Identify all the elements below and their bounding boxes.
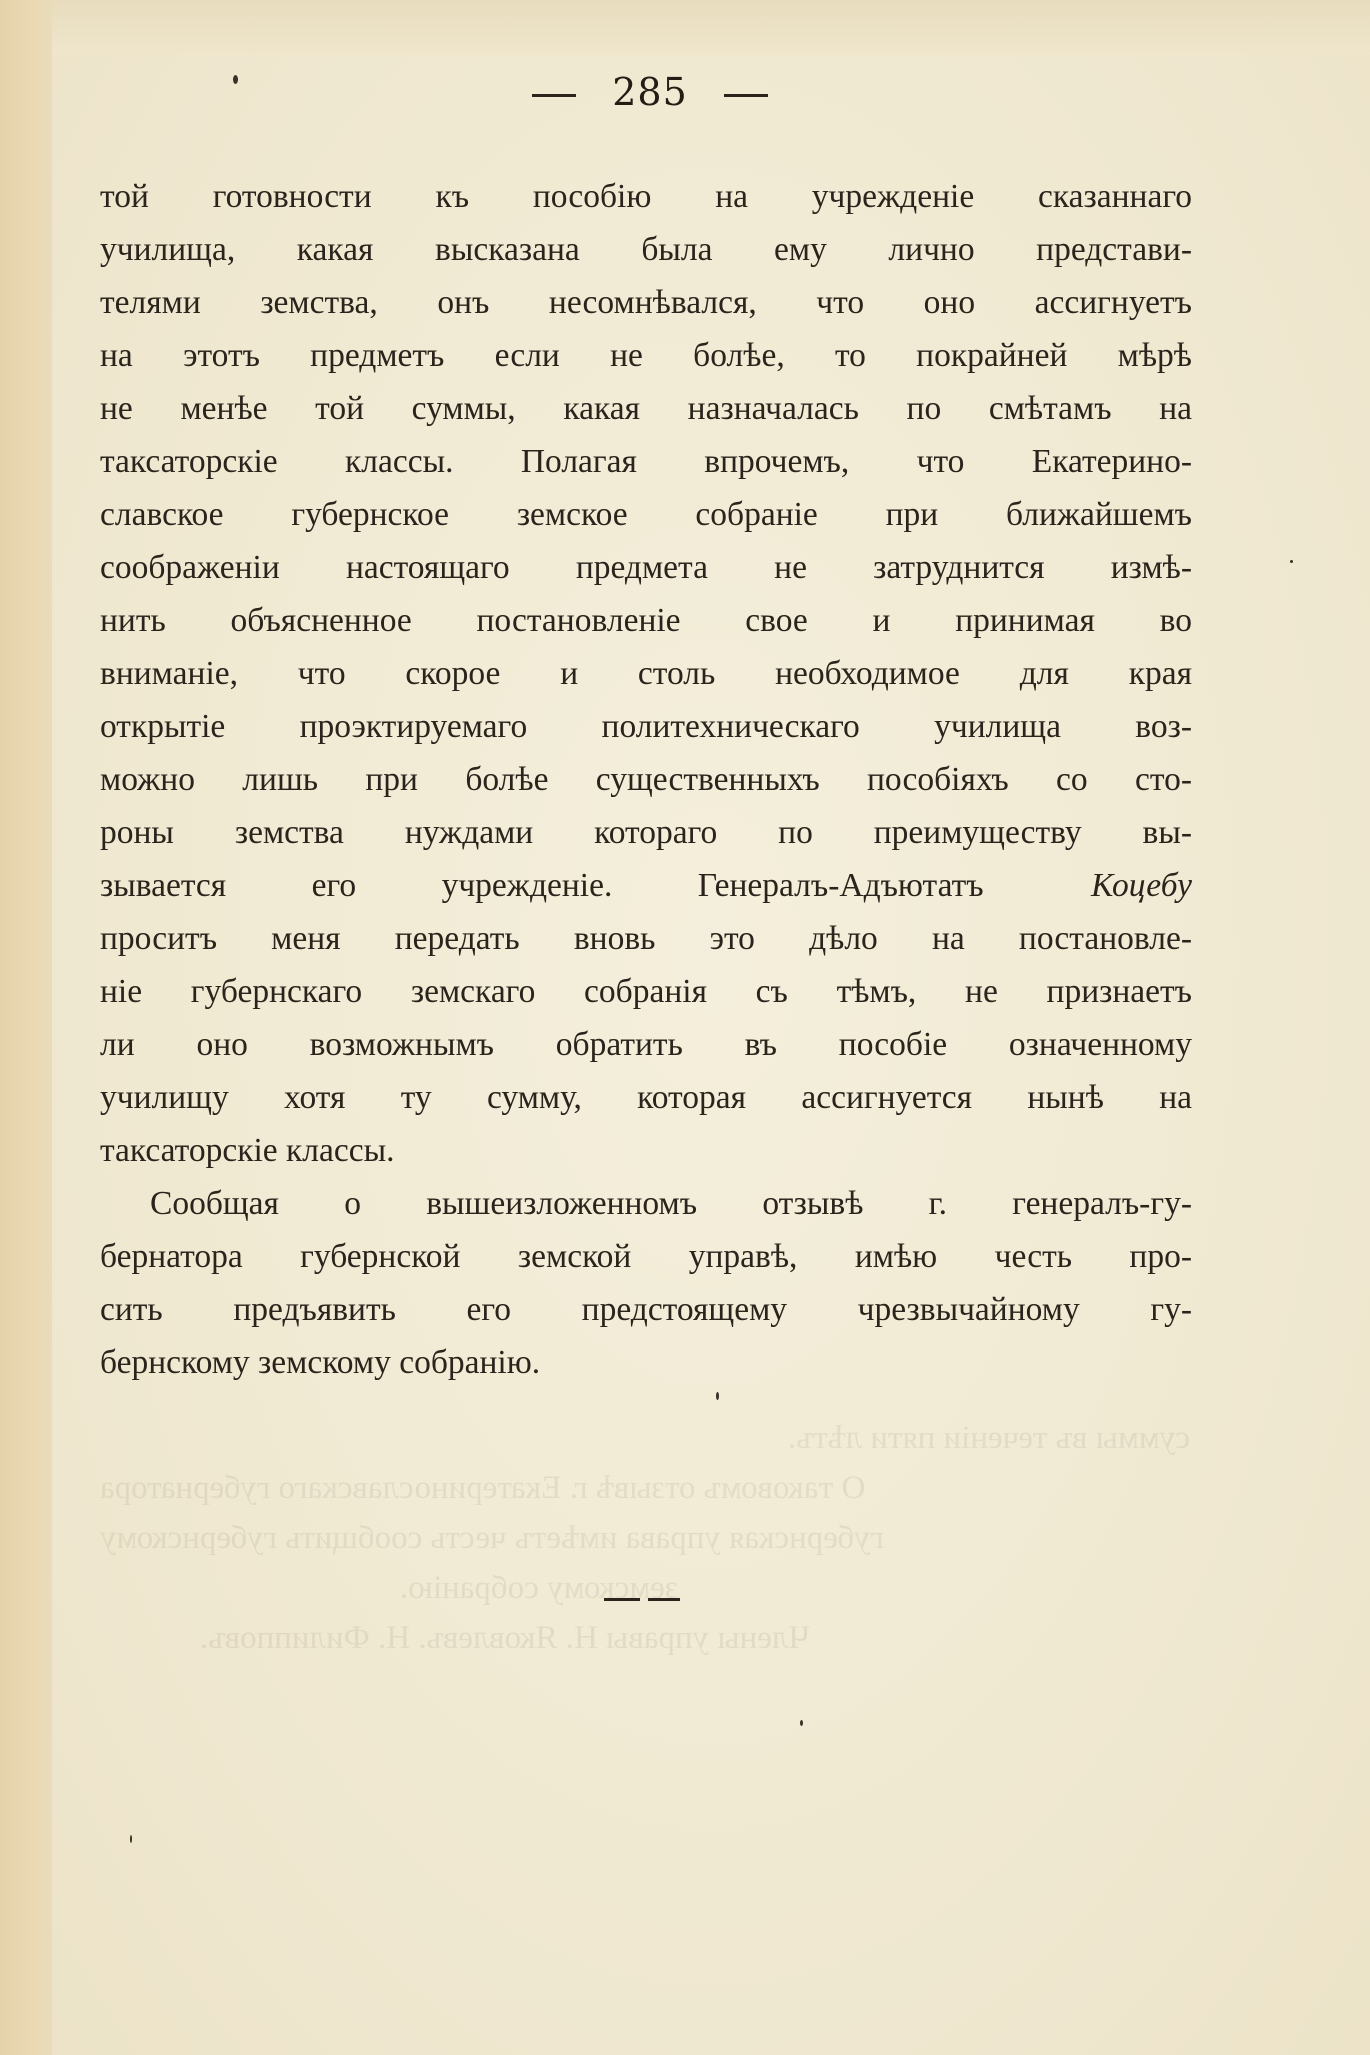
text-line: училищу хотя ту сумму, которая ассигнует… <box>100 1071 1192 1124</box>
show-through-line: губернская управа имѣетъ честь сообщить … <box>100 1520 884 1557</box>
page-number-value: 285 <box>612 70 688 114</box>
text-line: телями земства, онъ несомнѣвался, что он… <box>100 276 1192 329</box>
paper-speck <box>130 1835 132 1843</box>
text-line: той готовности къ пособію на учрежденіе … <box>100 170 1192 223</box>
text-line: училища, какая высказана была ему лично … <box>100 223 1192 276</box>
paper-speck <box>716 1392 719 1400</box>
text-line: можно лишь при болѣе существенныхъ пособ… <box>100 753 1192 806</box>
text-line: роны земства нуждами котораго по преимущ… <box>100 806 1192 859</box>
text-line: вниманіе, что скорое и столь необходимое… <box>100 647 1192 700</box>
paragraph-2-line: Сообщая о вышеизложенномъ отзывѣ г. гене… <box>100 1177 1192 1230</box>
show-through-line: суммы въ теченіи пяти лѣтъ. <box>100 1420 1190 1457</box>
paper-speck <box>233 75 238 84</box>
italic-name: Коцебу <box>1091 867 1192 904</box>
paragraph-2-line: сить предъявить его предстоящему чрезвыч… <box>100 1283 1192 1336</box>
section-separator <box>604 1598 680 1602</box>
text-line-with-name: зывается его учрежденіе. Генералъ-Адъюта… <box>100 859 1192 912</box>
paper-speck <box>800 1720 803 1726</box>
text-line: открытіе проэктируемаго политехническаго… <box>100 700 1192 753</box>
text-line: славское губернское земское собраніе при… <box>100 488 1192 541</box>
page-number-dash-right <box>724 94 768 97</box>
page-top-band <box>52 0 1370 55</box>
body-text: той готовности къ пособію на учрежденіе … <box>100 170 1192 1389</box>
text-line: проситъ меня передать вновь это дѣло на … <box>100 912 1192 965</box>
text-line: ли оно возможнымъ обратить въ пособіе оз… <box>100 1018 1192 1071</box>
text-line: соображеніи настоящаго предмета не затру… <box>100 541 1192 594</box>
show-through-line: Члены управы Н. Яковлевъ. Н. Филипповъ. <box>200 1620 810 1657</box>
paragraph-2-line: бернатора губернской земской управѣ, имѣ… <box>100 1230 1192 1283</box>
paper-speck <box>1290 560 1293 563</box>
text-line: ніе губернскаго земскаго собранія съ тѣм… <box>100 965 1192 1018</box>
page-number-dash-left <box>532 94 576 97</box>
show-through-line: О таковомъ отзывѣ г. Екатеринославскаго … <box>100 1470 865 1507</box>
paragraph-2-line: бернскому земскому собранію. <box>100 1336 1192 1389</box>
text-line: нить объясненное постановленіе свое и пр… <box>100 594 1192 647</box>
text-line: не менѣе той суммы, какая назначалась по… <box>100 382 1192 435</box>
page-gutter <box>0 0 52 2055</box>
page-number: 285 <box>0 70 1300 114</box>
text-line: на этотъ предметъ если не болѣе, то покр… <box>100 329 1192 382</box>
text-line: таксаторскіе классы. <box>100 1124 1192 1177</box>
text-line-part: зывается его учрежденіе. Генералъ-Адъюта… <box>100 867 984 904</box>
text-line: таксаторскіе классы. Полагая впрочемъ, ч… <box>100 435 1192 488</box>
